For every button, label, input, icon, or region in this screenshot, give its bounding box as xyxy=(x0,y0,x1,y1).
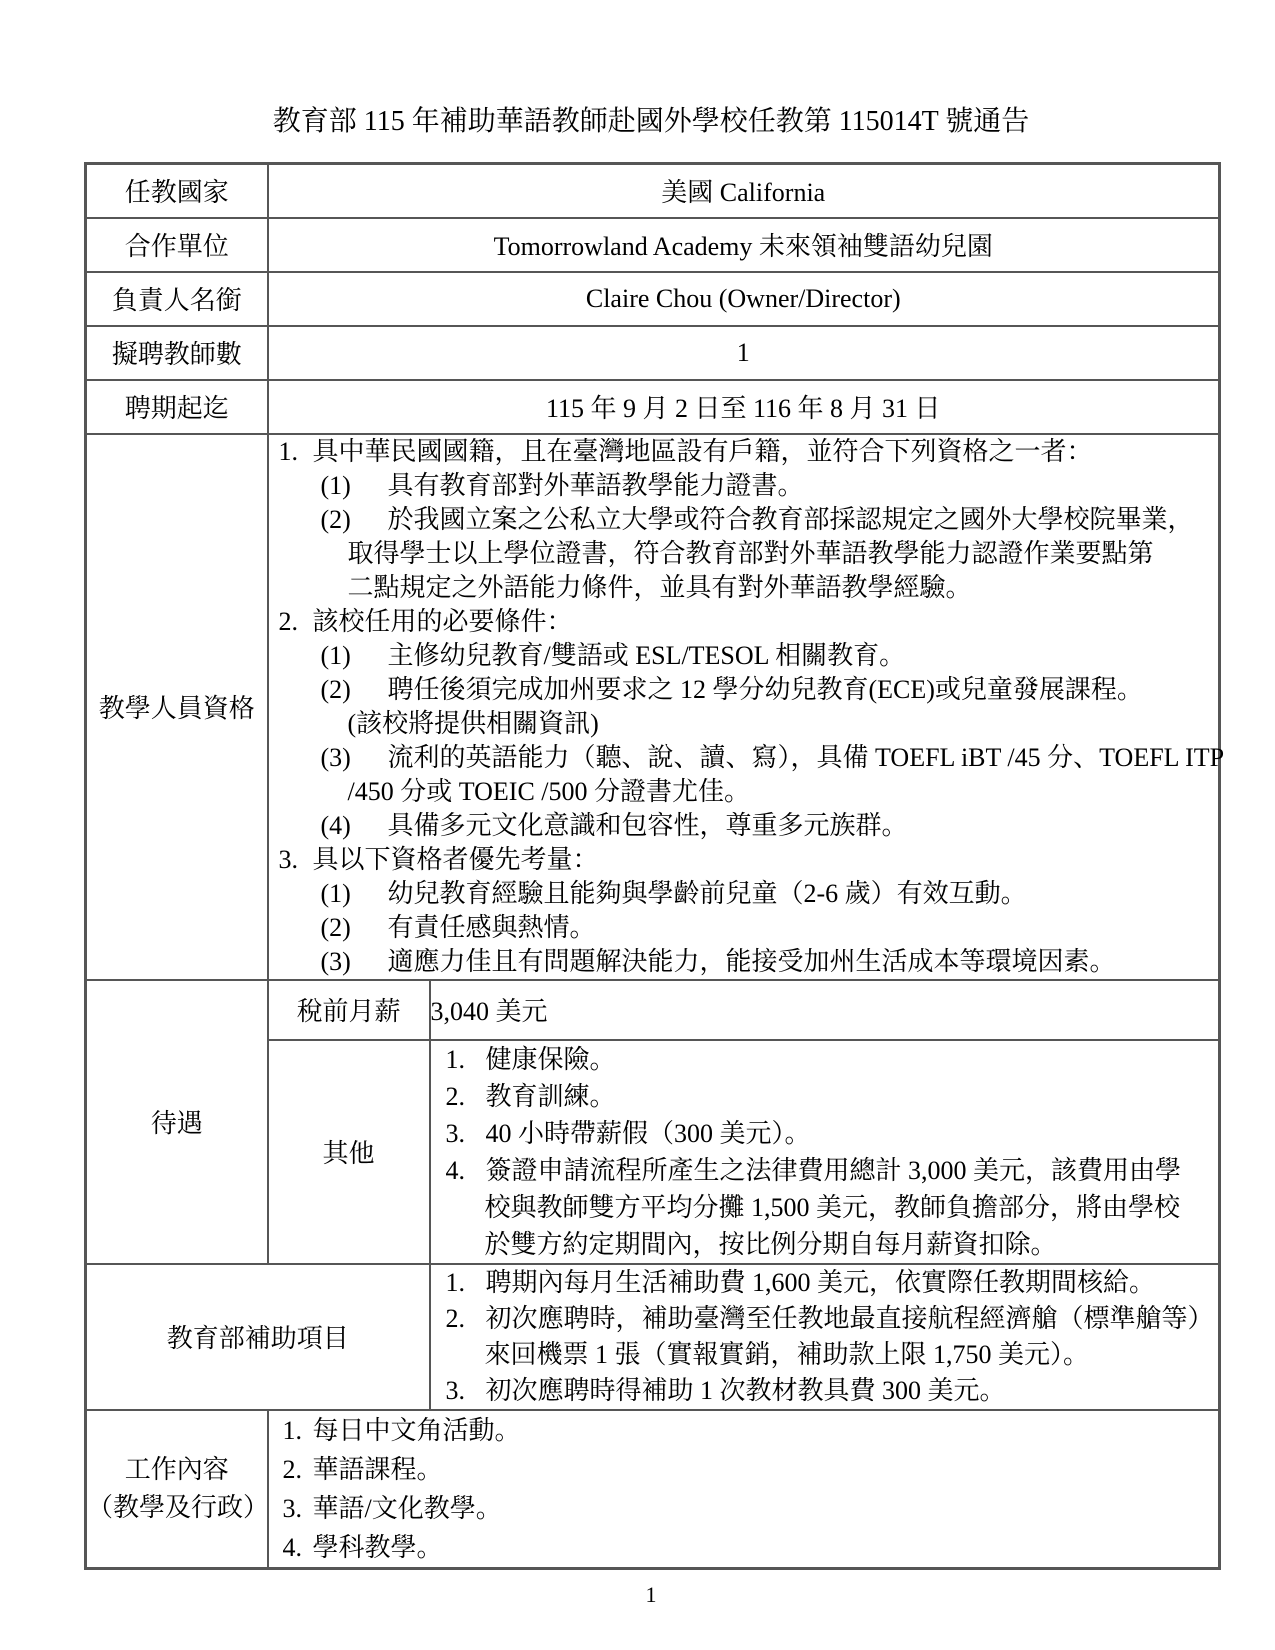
qualification-line: /450 分或 TOEIC /500 分證書尤佳。 xyxy=(269,775,1219,809)
row-value: Tomorrowland Academy 未來領袖雙語幼兒園 xyxy=(268,218,1220,272)
qualification-line: 1.具中華民國國籍，且在臺灣地區設有戶籍，並符合下列資格之一者： xyxy=(269,435,1219,469)
salary-label: 稅前月薪 xyxy=(268,980,430,1040)
duties-label: 工作內容 （教學及行政） xyxy=(86,1410,268,1569)
qualification-line: (1)幼兒教育經驗且能夠與學齡前兒童（2-6 歲）有效互動。 xyxy=(269,877,1219,911)
list-line: 2.教育訓練。 xyxy=(431,1078,1219,1115)
qualification-line: (1)主修幼兒教育/雙語或 ESL/TESOL 相關教育。 xyxy=(269,639,1219,673)
list-line: 3.初次應聘時得補助 1 次教材教具費 300 美元。 xyxy=(431,1373,1219,1409)
page-title: 教育部 115 年補助華語教師赴國外學校任教第 115014T 號通告 xyxy=(84,0,1218,142)
list-line: 4.簽證申請流程所產生之法律費用總計 3,000 美元，該費用由學 xyxy=(431,1152,1219,1189)
row-label: 聘期起迄 xyxy=(86,380,268,434)
compensation-label: 待遇 xyxy=(86,980,268,1264)
qualification-line: (1)具有教育部對外華語教學能力證書。 xyxy=(269,469,1219,503)
subsidy-list: 1.聘期內每月生活補助費 1,600 美元，依實際任教期間核給。 2.初次應聘時… xyxy=(430,1264,1220,1410)
table-row: 任教國家 美國 California xyxy=(86,164,1220,218)
subsidy-row: 教育部補助項目 1.聘期內每月生活補助費 1,600 美元，依實際任教期間核給。… xyxy=(86,1264,1220,1410)
duties-list: 1.每日中文角活動。 2.華語課程。 3.華語/文化教學。 4.學科教學。 xyxy=(268,1410,1220,1569)
row-label: 負責人名銜 xyxy=(86,272,268,326)
salary-row: 待遇 稅前月薪 3,040 美元 xyxy=(86,980,1220,1040)
subsidy-label: 教育部補助項目 xyxy=(86,1264,430,1410)
table-row: 聘期起迄 115 年 9 月 2 日至 116 年 8 月 31 日 xyxy=(86,380,1220,434)
row-label: 擬聘教師數 xyxy=(86,326,268,380)
row-label: 合作單位 xyxy=(86,218,268,272)
row-value: 1 xyxy=(268,326,1220,380)
qualifications-label: 教學人員資格 xyxy=(86,434,268,980)
list-line: 於雙方約定期間內，按比例分期自每月薪資扣除。 xyxy=(431,1226,1219,1263)
qualification-line: 3.具以下資格者優先考量： xyxy=(269,843,1219,877)
document-page: 教育部 115 年補助華語教師赴國外學校任教第 115014T 號通告 任教國家… xyxy=(0,0,1275,1650)
list-line: 3.40 小時帶薪假（300 美元）。 xyxy=(431,1115,1219,1152)
qualification-line: 2.該校任用的必要條件： xyxy=(269,605,1219,639)
qualification-line: (2)於我國立案之公私立大學或符合教育部採認規定之國外大學校院畢業， xyxy=(269,503,1219,537)
qualification-line: (該校將提供相關資訊) xyxy=(269,707,1219,741)
duties-row: 工作內容 （教學及行政） 1.每日中文角活動。 2.華語課程。 3.華語/文化教… xyxy=(86,1410,1220,1569)
list-line: 1.聘期內每月生活補助費 1,600 美元，依實際任教期間核給。 xyxy=(431,1265,1219,1301)
qualification-line: (3)流利的英語能力（聽、說、讀、寫），具備 TOEFL iBT /45 分、T… xyxy=(269,741,1219,775)
row-value: Claire Chou (Owner/Director) xyxy=(268,272,1220,326)
salary-value: 3,040 美元 xyxy=(430,980,1220,1040)
list-line: 3.華語/文化教學。 xyxy=(269,1489,1219,1528)
other-benefits-list: 1.健康保險。 2.教育訓練。 3.40 小時帶薪假（300 美元）。 4.簽證… xyxy=(430,1040,1220,1264)
list-line: 1.健康保險。 xyxy=(431,1041,1219,1078)
list-line: 來回機票 1 張（實報實銷，補助款上限 1,750 美元）。 xyxy=(431,1337,1219,1373)
list-line: 2.華語課程。 xyxy=(269,1450,1219,1489)
qualifications-content: 1.具中華民國國籍，且在臺灣地區設有戶籍，並符合下列資格之一者： (1)具有教育… xyxy=(268,434,1220,980)
recruitment-table: 任教國家 美國 California 合作單位 Tomorrowland Aca… xyxy=(84,162,1221,1570)
qualifications-row: 教學人員資格 1.具中華民國國籍，且在臺灣地區設有戶籍，並符合下列資格之一者： … xyxy=(86,434,1220,980)
qualification-line: (4)具備多元文化意識和包容性，尊重多元族群。 xyxy=(269,809,1219,843)
row-value: 美國 California xyxy=(268,164,1220,218)
qualification-line: 取得學士以上學位證書，符合教育部對外華語教學能力認證作業要點第 xyxy=(269,537,1219,571)
qualification-line: (2)有責任感與熱情。 xyxy=(269,911,1219,945)
table-row: 擬聘教師數 1 xyxy=(86,326,1220,380)
table-row: 負責人名銜 Claire Chou (Owner/Director) xyxy=(86,272,1220,326)
list-line: 1.每日中文角活動。 xyxy=(269,1411,1219,1450)
row-label: 任教國家 xyxy=(86,164,268,218)
list-line: 2.初次應聘時，補助臺灣至任教地最直接航程經濟艙（標準艙等） xyxy=(431,1301,1219,1337)
table-row: 合作單位 Tomorrowland Academy 未來領袖雙語幼兒園 xyxy=(86,218,1220,272)
row-value: 115 年 9 月 2 日至 116 年 8 月 31 日 xyxy=(268,380,1220,434)
list-line: 校與教師雙方平均分攤 1,500 美元，教師負擔部分，將由學校 xyxy=(431,1189,1219,1226)
list-line: 4.學科教學。 xyxy=(269,1528,1219,1567)
qualification-line: 二點規定之外語能力條件，並具有對外華語教學經驗。 xyxy=(269,571,1219,605)
page-number: 1 xyxy=(84,1582,1218,1608)
qualification-line: (3)適應力佳且有問題解決能力，能接受加州生活成本等環境因素。 xyxy=(269,945,1219,979)
qualification-line: (2)聘任後須完成加州要求之 12 學分幼兒教育(ECE)或兒童發展課程。 xyxy=(269,673,1219,707)
other-label: 其他 xyxy=(268,1040,430,1264)
